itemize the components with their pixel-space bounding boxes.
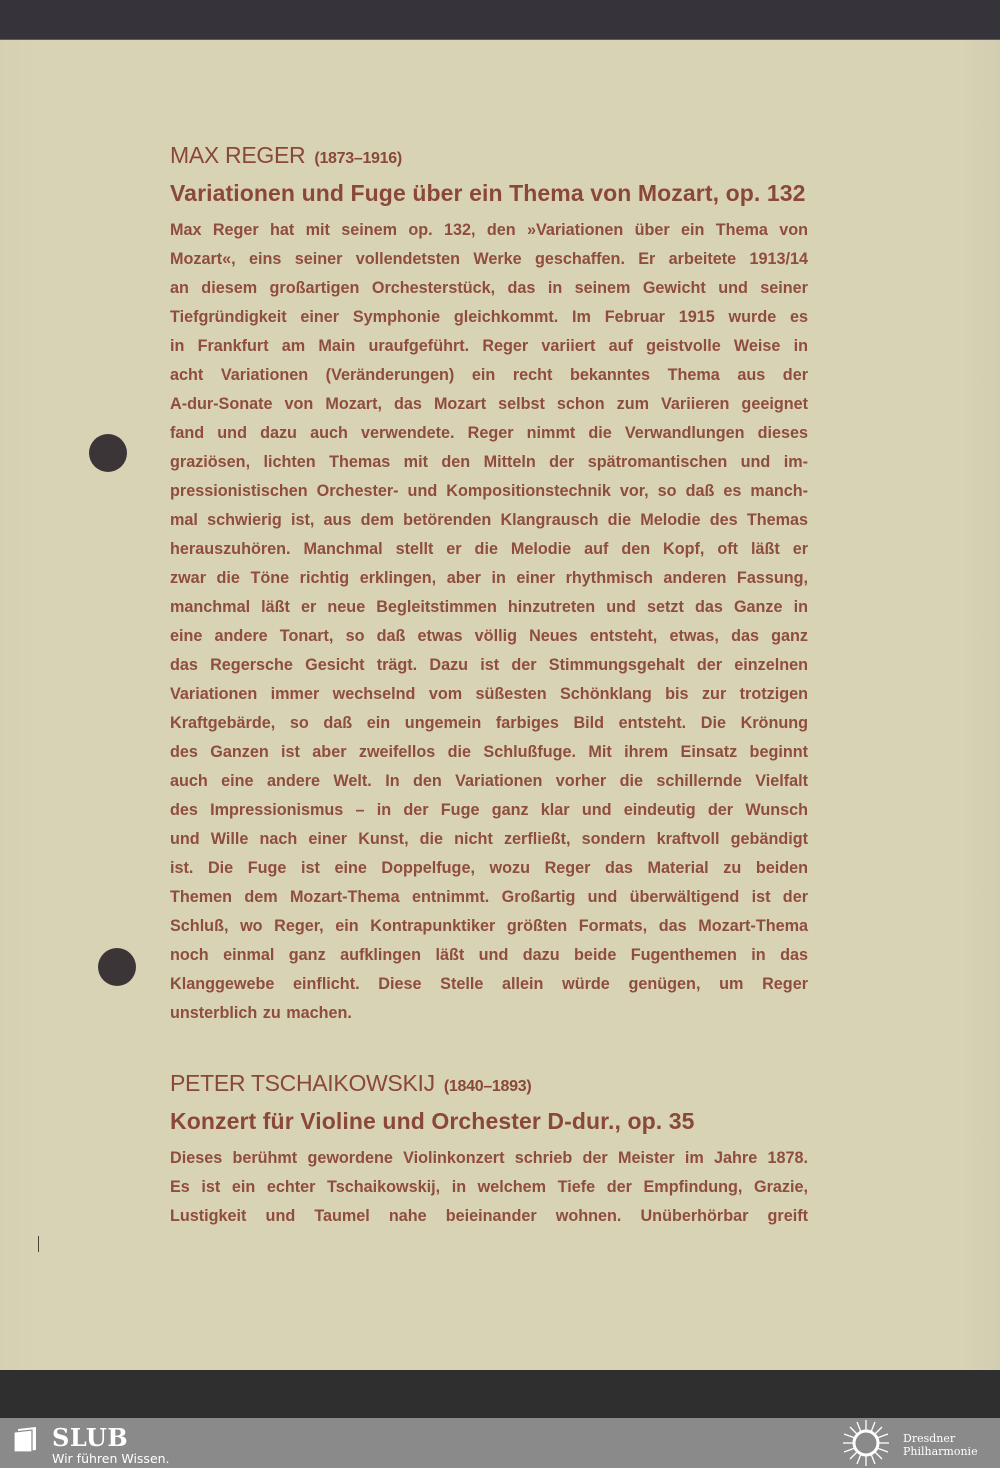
sunburst-ring-icon bbox=[840, 1418, 892, 1468]
section-tschaikowskij: PETER TSCHAIKOWSKIJ (1840–1893) Konzert … bbox=[170, 1068, 808, 1231]
book-pages-icon bbox=[14, 1426, 40, 1452]
footer-bar: SLUB Wir führen Wissen. Dresdner Philhar… bbox=[0, 1418, 1000, 1468]
work-title: Variationen und Fuge über ein Thema von … bbox=[170, 178, 808, 208]
composer-name: PETER TSCHAIKOWSKIJ bbox=[170, 1070, 435, 1096]
text-line: fand und dazu auch verwendete. Reger nim… bbox=[170, 419, 808, 448]
document-content: MAX REGER (1873–1916) Variationen und Fu… bbox=[170, 140, 808, 1271]
text-line: noch einmal ganz aufklingen läßt und daz… bbox=[170, 941, 808, 970]
text-line: und Wille nach einer Kunst, die nicht ze… bbox=[170, 825, 808, 854]
composer-heading: PETER TSCHAIKOWSKIJ (1840–1893) bbox=[170, 1068, 808, 1102]
text-line: Lustigkeit und Taumel nahe beieinander w… bbox=[170, 1202, 808, 1231]
text-line: Klanggewebe einflicht. Diese Stelle alle… bbox=[170, 970, 808, 999]
text-line: Kraftgebärde, so daß ein ungemein farbig… bbox=[170, 709, 808, 738]
punch-hole-lower bbox=[98, 948, 136, 986]
philharmonie-name: Dresdner Philharmonie bbox=[903, 1432, 978, 1458]
text-line: graziösen, lichten Themas mit den Mittel… bbox=[170, 448, 808, 477]
text-line: Schluß, wo Reger, ein Kontrapunktiker gr… bbox=[170, 912, 808, 941]
text-line: an diesem großartigen Orchesterstück, da… bbox=[170, 274, 808, 303]
philharmonie-name-line1: Dresdner bbox=[903, 1432, 978, 1445]
text-line: herauszuhören. Manchmal stellt er die Me… bbox=[170, 535, 808, 564]
text-line: A-dur-Sonate von Mozart, das Mozart selb… bbox=[170, 390, 808, 419]
composer-dates: (1873–1916) bbox=[314, 150, 401, 167]
text-line: des Ganzen ist aber zweifellos die Schlu… bbox=[170, 738, 808, 767]
composer-dates: (1840–1893) bbox=[444, 1078, 531, 1095]
text-line: auch eine andere Welt. In den Variatione… bbox=[170, 767, 808, 796]
text-line: Variationen immer wechselnd vom süßesten… bbox=[170, 680, 808, 709]
text-line: unsterblich zu machen. bbox=[170, 999, 808, 1028]
text-line: Es ist ein echter Tschaikowskij, in welc… bbox=[170, 1173, 808, 1202]
section-body: Max Reger hat mit seinem op. 132, den »V… bbox=[170, 216, 808, 1028]
work-title: Konzert für Violine und Orchester D-dur.… bbox=[170, 1106, 808, 1136]
composer-heading: MAX REGER (1873–1916) bbox=[170, 140, 808, 174]
text-line: Mozart«, eins seiner vollendetsten Werke… bbox=[170, 245, 808, 274]
text-line: ist. Die Fuge ist eine Doppelfuge, wozu … bbox=[170, 854, 808, 883]
scan-background-top bbox=[0, 0, 1000, 39]
text-line: Tiefgründigkeit einer Symphonie gleichko… bbox=[170, 303, 808, 332]
punch-hole-upper bbox=[89, 434, 127, 472]
margin-mark bbox=[38, 1236, 39, 1252]
section-reger: MAX REGER (1873–1916) Variationen und Fu… bbox=[170, 140, 808, 1028]
text-line: Max Reger hat mit seinem op. 132, den »V… bbox=[170, 216, 808, 245]
text-line: manchmal läßt er neue Begleitstimmen hin… bbox=[170, 593, 808, 622]
text-line: Themen dem Mozart-Thema entnimmt. Großar… bbox=[170, 883, 808, 912]
slub-tagline: Wir führen Wissen. bbox=[52, 1451, 170, 1466]
text-line: acht Variationen (Veränderungen) ein rec… bbox=[170, 361, 808, 390]
text-line: das Regersche Gesicht trägt. Dazu ist de… bbox=[170, 651, 808, 680]
slub-name: SLUB bbox=[52, 1423, 128, 1452]
scan-background-bottom bbox=[0, 1370, 1000, 1418]
composer-name: MAX REGER bbox=[170, 142, 305, 168]
dresdner-philharmonie-logo[interactable]: Dresdner Philharmonie bbox=[840, 1418, 1000, 1468]
section-body: Dieses berühmt gewordene Violinkonzert s… bbox=[170, 1144, 808, 1231]
text-line: in Frankfurt am Main uraufgeführt. Reger… bbox=[170, 332, 808, 361]
text-line: des Impressionismus – in der Fuge ganz k… bbox=[170, 796, 808, 825]
text-line: eine andere Tonart, so daß etwas völlig … bbox=[170, 622, 808, 651]
text-line: zwar die Töne richtig erklingen, aber in… bbox=[170, 564, 808, 593]
text-line: pressionistischen Orchester- und Komposi… bbox=[170, 477, 808, 506]
text-line: Dieses berühmt gewordene Violinkonzert s… bbox=[170, 1144, 808, 1173]
philharmonie-name-line2: Philharmonie bbox=[903, 1445, 978, 1458]
slub-logo[interactable]: SLUB Wir führen Wissen. bbox=[14, 1424, 174, 1466]
text-line: mal schwierig ist, aus dem betörenden Kl… bbox=[170, 506, 808, 535]
